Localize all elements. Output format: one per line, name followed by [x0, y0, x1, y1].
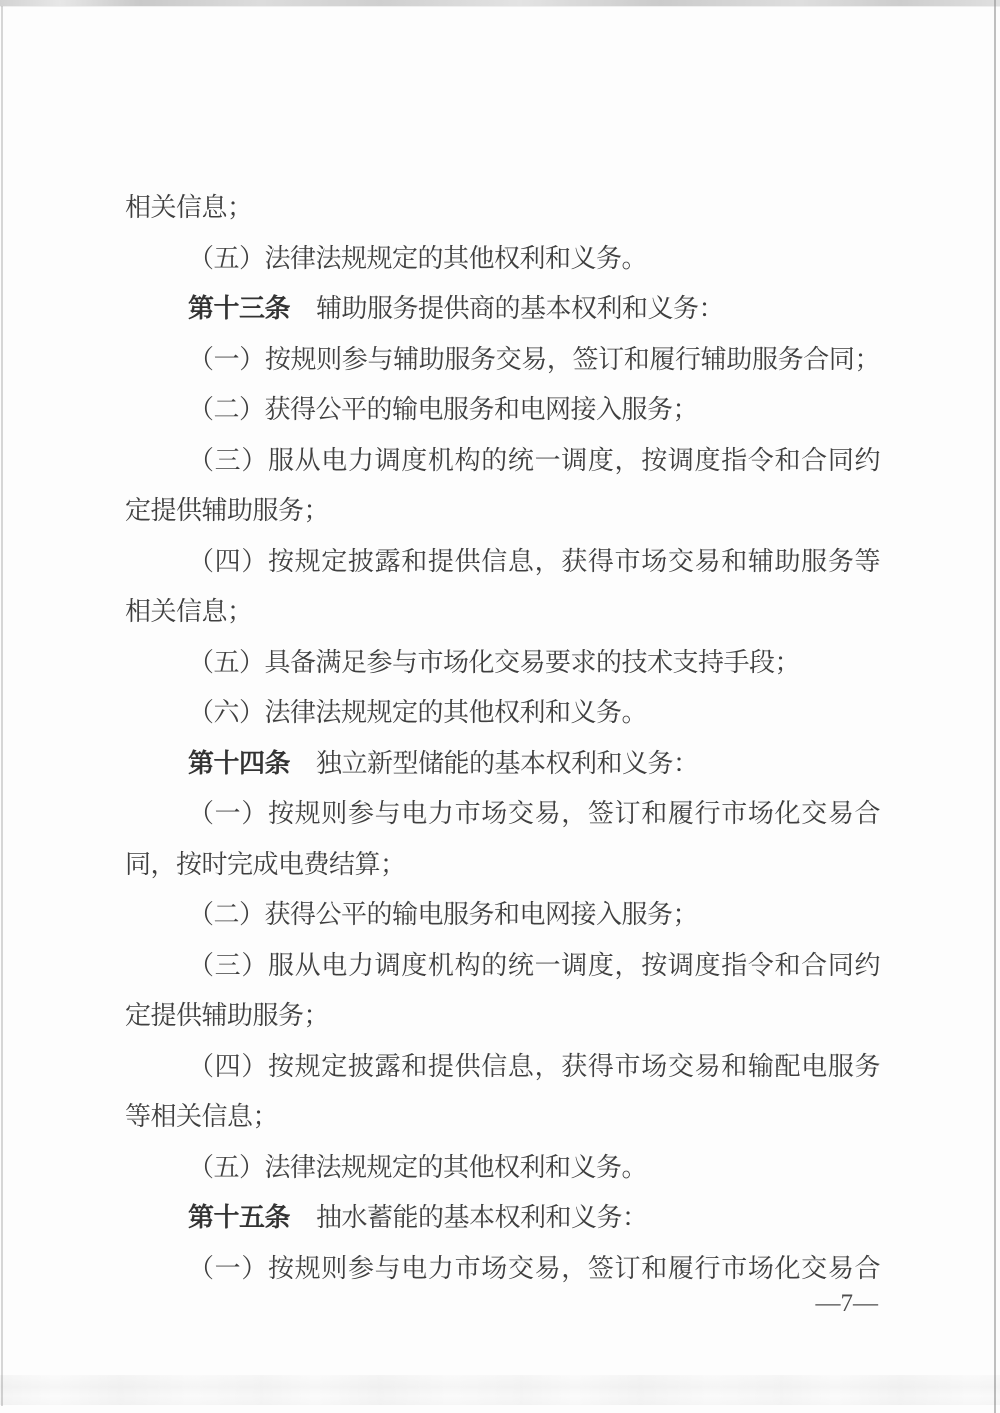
line-text: （六）法律法规规定的其他权利和义务。 [188, 698, 647, 727]
text-line: 相关信息； [125, 587, 880, 638]
line-text: （二）获得公平的输电服务和电网接入服务； [188, 900, 698, 929]
text-line: （二）获得公平的输电服务和电网接入服务； [125, 385, 880, 436]
line-text: （五）法律法规规定的其他权利和义务。 [188, 244, 647, 273]
scan-edge-top [0, 0, 1000, 7]
text-line: （四）按规定披露和提供信息，获得市场交易和输配电服务 [125, 1042, 880, 1093]
line-text: （一）按规则参与辅助服务交易，签订和履行辅助服务合同； [188, 345, 880, 374]
text-line: （二）获得公平的输电服务和电网接入服务； [125, 890, 880, 941]
article-number: 第十三条 [188, 294, 290, 323]
scan-edge-right [994, 0, 996, 1413]
line-text: （三）服从电力调度机构的统一调度，按调度指令和合同约 [188, 446, 880, 475]
text-line: （一）按规则参与电力市场交易，签订和履行市场化交易合 [125, 789, 880, 840]
document-page: 相关信息；（五）法律法规规定的其他权利和义务。第十三条辅助服务提供商的基本权利和… [0, 0, 1000, 1413]
line-text: （二）获得公平的输电服务和电网接入服务； [188, 395, 698, 424]
page-number: —7— [816, 1288, 879, 1320]
text-line: 同，按时完成电费结算； [125, 840, 880, 891]
text-line: 定提供辅助服务； [125, 991, 880, 1042]
line-text: 定提供辅助服务； [125, 496, 329, 525]
line-text: 同，按时完成电费结算； [125, 850, 406, 879]
text-line: 定提供辅助服务； [125, 486, 880, 537]
line-text: 等相关信息； [125, 1102, 278, 1131]
line-text: （一）按规则参与电力市场交易，签订和履行市场化交易合 [188, 799, 880, 828]
line-text: （四）按规定披露和提供信息，获得市场交易和输配电服务 [188, 1052, 880, 1081]
article-heading: 第十三条辅助服务提供商的基本权利和义务： [125, 284, 880, 335]
article-heading: 第十五条抽水蓄能的基本权利和义务： [125, 1193, 880, 1244]
article-number: 第十四条 [188, 749, 290, 778]
text-line: （三）服从电力调度机构的统一调度，按调度指令和合同约 [125, 941, 880, 992]
text-line: 相关信息； [125, 183, 880, 234]
text-line: （六）法律法规规定的其他权利和义务。 [125, 688, 880, 739]
text-line: （四）按规定披露和提供信息，获得市场交易和辅助服务等 [125, 537, 880, 588]
text-line: 等相关信息； [125, 1092, 880, 1143]
line-text: （五）法律法规规定的其他权利和义务。 [188, 1153, 647, 1182]
text-line: （一）按规则参与电力市场交易，签订和履行市场化交易合 [125, 1244, 880, 1295]
scan-edge-bottom [0, 1375, 1000, 1405]
line-text: 相关信息； [125, 597, 253, 626]
text-line: （五）法律法规规定的其他权利和义务。 [125, 234, 880, 285]
line-text: （四）按规定披露和提供信息，获得市场交易和辅助服务等 [188, 547, 880, 576]
scan-edge-left [1, 6, 3, 1406]
line-text: 定提供辅助服务； [125, 1001, 329, 1030]
document-body: 相关信息；（五）法律法规规定的其他权利和义务。第十三条辅助服务提供商的基本权利和… [125, 183, 880, 1294]
article-number: 第十五条 [188, 1203, 290, 1232]
article-heading: 第十四条独立新型储能的基本权利和义务： [125, 739, 880, 790]
text-line: （五）具备满足参与市场化交易要求的技术支持手段； [125, 638, 880, 689]
line-text: （三）服从电力调度机构的统一调度，按调度指令和合同约 [188, 951, 880, 980]
text-line: （五）法律法规规定的其他权利和义务。 [125, 1143, 880, 1194]
text-line: （一）按规则参与辅助服务交易，签订和履行辅助服务合同； [125, 335, 880, 386]
line-text: 相关信息； [125, 193, 253, 222]
text-line: （三）服从电力调度机构的统一调度，按调度指令和合同约 [125, 436, 880, 487]
line-text: 辅助服务提供商的基本权利和义务： [316, 294, 724, 323]
line-text: （五）具备满足参与市场化交易要求的技术支持手段； [188, 648, 800, 677]
line-text: （一）按规则参与电力市场交易，签订和履行市场化交易合 [188, 1254, 880, 1283]
line-text: 抽水蓄能的基本权利和义务： [316, 1203, 648, 1232]
line-text: 独立新型储能的基本权利和义务： [316, 749, 699, 778]
